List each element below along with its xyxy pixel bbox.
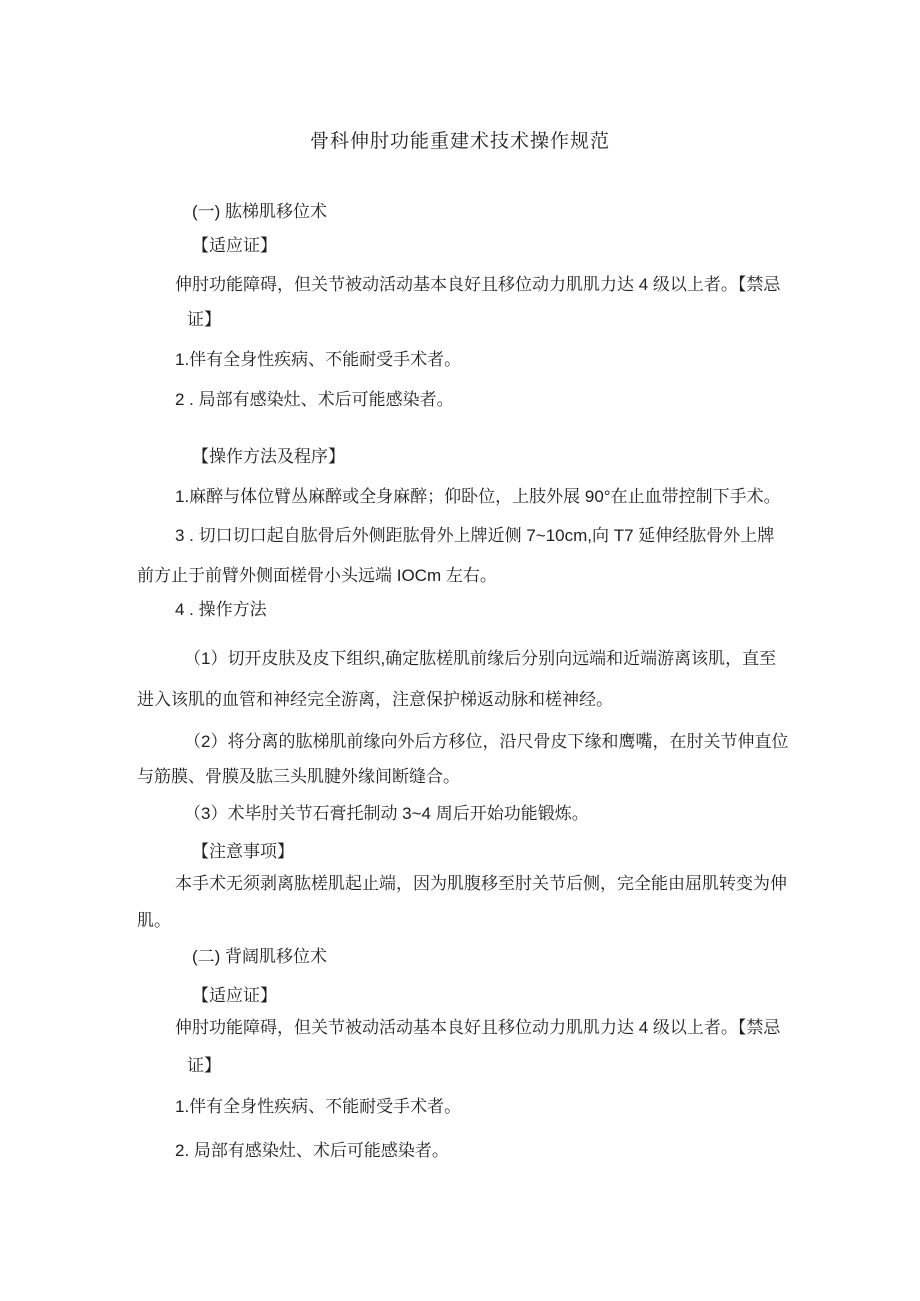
doc-line: 进入该肌的血管和神经完全游离，注意保护梯返动脉和槎神经。 bbox=[137, 688, 613, 712]
indications-heading: 【适应证】 bbox=[192, 234, 277, 258]
indications-heading-2: 【适应证】 bbox=[192, 984, 277, 1008]
doc-line: 1.麻醉与体位臂丛麻醉或全身麻醉；仰卧位，上肢外展 90°在止血带控制下手术。 bbox=[175, 485, 781, 509]
doc-line: 2 . 局部有感染灶、术后可能感染者。 bbox=[175, 388, 454, 412]
doc-line: （1）切开皮肤及皮下组织,确定肱槎肌前缘后分别向远端和近端游离该肌，直至 bbox=[184, 647, 776, 671]
doc-line: 伸肘功能障碍，但关节被动活动基本良好且移位动力肌肌力达 4 级以上者。【禁忌 bbox=[175, 273, 780, 297]
section-2-heading: (二) 背阔肌移位术 bbox=[192, 945, 327, 969]
doc-line: 3 . 切口切口起自肱骨后外侧距肱骨外上牌近侧 7~10cm,向 T7 延伸经肱… bbox=[175, 524, 774, 548]
doc-line: 与筋膜、骨膜及肱三头肌腱外缘间断缝合。 bbox=[137, 765, 460, 789]
doc-line: 4 . 操作方法 bbox=[175, 598, 267, 622]
doc-line: 2. 局部有感染灶、术后可能感染者。 bbox=[175, 1139, 449, 1163]
doc-line: 1.伴有全身性疾病、不能耐受手术者。 bbox=[175, 1095, 461, 1119]
doc-line: 肌。 bbox=[137, 909, 171, 933]
section-1-heading: (一) 肱梯肌移位术 bbox=[192, 200, 327, 224]
doc-title: 骨科伸肘功能重建术技术操作规范 bbox=[0, 130, 920, 154]
document-page: 骨科伸肘功能重建术技术操作规范 (一) 肱梯肌移位术 【适应证】 伸肘功能障碍，… bbox=[0, 0, 920, 1301]
doc-line: 伸肘功能障碍，但关节被动活动基本良好且移位动力肌肌力达 4 级以上者。【禁忌 bbox=[175, 1016, 780, 1040]
doc-line: （2）将分离的肱梯肌前缘向外后方移位，沿尺骨皮下缘和鹰嘴，在肘关节伸直位 bbox=[184, 730, 788, 754]
doc-line: 1.伴有全身性疾病、不能耐受手术者。 bbox=[175, 348, 461, 372]
doc-line: 证】 bbox=[187, 308, 221, 332]
doc-line: 前方止于前臂外侧面槎骨小头远端 IOCm 左右。 bbox=[137, 564, 497, 588]
doc-line: 本手术无须剥离肱槎肌起止端，因为肌腹移至肘关节后侧，完全能由屈肌转变为伸 bbox=[175, 872, 787, 896]
doc-line: （3）术毕肘关节石膏托制动 3~4 周后开始功能锻炼。 bbox=[184, 802, 589, 826]
doc-line: 证】 bbox=[187, 1054, 221, 1078]
procedure-heading: 【操作方法及程序】 bbox=[192, 445, 345, 469]
notes-heading: 【注意事项】 bbox=[192, 840, 294, 864]
